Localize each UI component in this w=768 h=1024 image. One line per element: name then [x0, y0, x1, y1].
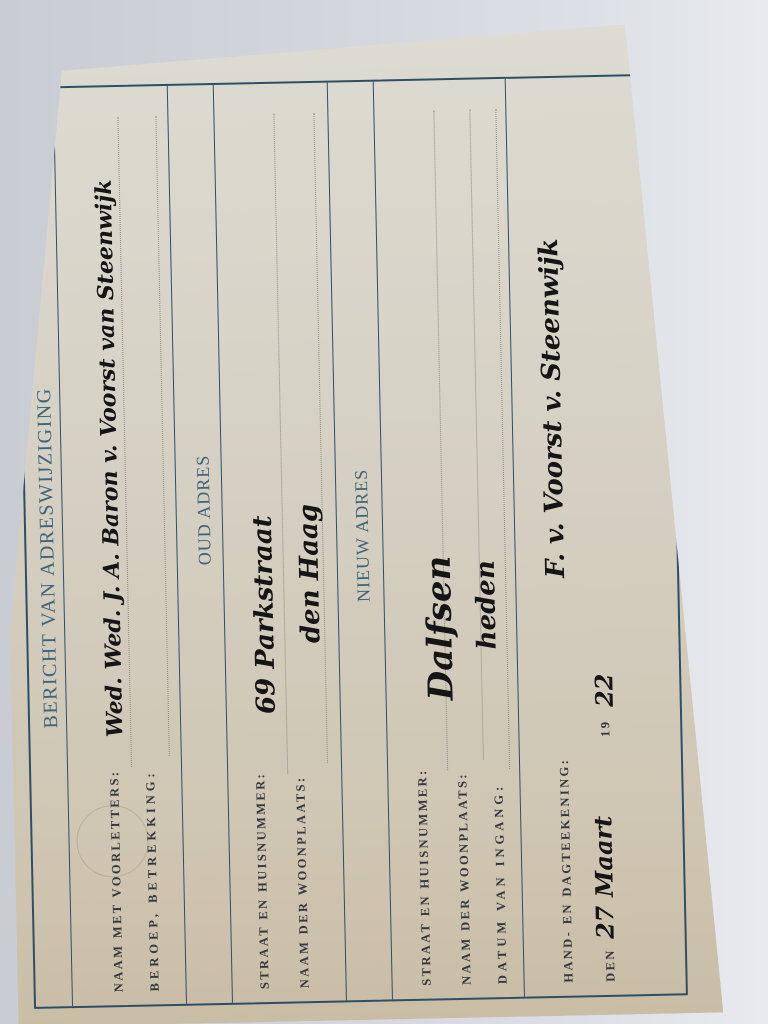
new-street-handwriting: Dalfsen: [419, 555, 462, 700]
signature-handwriting: F. v. Voorst v. Steenwijk: [534, 238, 571, 578]
name-label: NAAM MET VOORLETTERS:: [107, 769, 127, 992]
date-prefix: DEN: [603, 948, 619, 982]
new-address-heading: NIEUW ADRES: [351, 469, 375, 603]
column-divider: [213, 85, 233, 1003]
start-date-label: DATUM VAN INGANG:: [491, 783, 510, 985]
dotted-line-old-city: [313, 113, 328, 763]
old-street-handwriting: 69 Parkstraat: [248, 515, 282, 714]
dotted-line-new-city: [469, 110, 484, 760]
column-divider: [373, 82, 393, 1000]
postcard: BERICHT VAN ADRESWIJZIGING NAAM MET VOOR…: [0, 23, 723, 1024]
year-prefix: 19: [598, 719, 613, 737]
occupation-label: BEROEP, BETREKKING:: [143, 769, 163, 991]
column-divider: [167, 86, 187, 1004]
signature-label: HAND- EN DAGTEEKENING:: [557, 758, 577, 983]
old-address-heading: OUD ADRES: [192, 455, 215, 566]
old-city-handwriting: den Haag: [294, 504, 327, 644]
name-handwriting: Wed. Wed. J. A. Baron v. Voorst van Stee…: [91, 179, 129, 737]
date-handwriting: 27 Maart: [588, 816, 620, 940]
new-street-label: STRAAT EN HUISNUMMER:: [415, 768, 435, 986]
card-title: BERICHT VAN ADRESWIJZIGING: [33, 387, 63, 729]
old-city-label: NAAM DER WOONPLAATS:: [293, 775, 312, 988]
new-city-label: NAAM DER WOONPLAATS:: [455, 772, 474, 985]
year-handwriting: 22: [589, 673, 619, 707]
column-divider: [327, 83, 347, 1001]
old-street-label: STRAAT EN HUISNUMMER:: [253, 772, 273, 990]
new-city-handwriting: heden: [471, 560, 503, 650]
form-frame: BERICHT VAN ADRESWIJZIGING NAAM MET VOOR…: [15, 73, 688, 1008]
dotted-line-occupation: [155, 116, 169, 756]
